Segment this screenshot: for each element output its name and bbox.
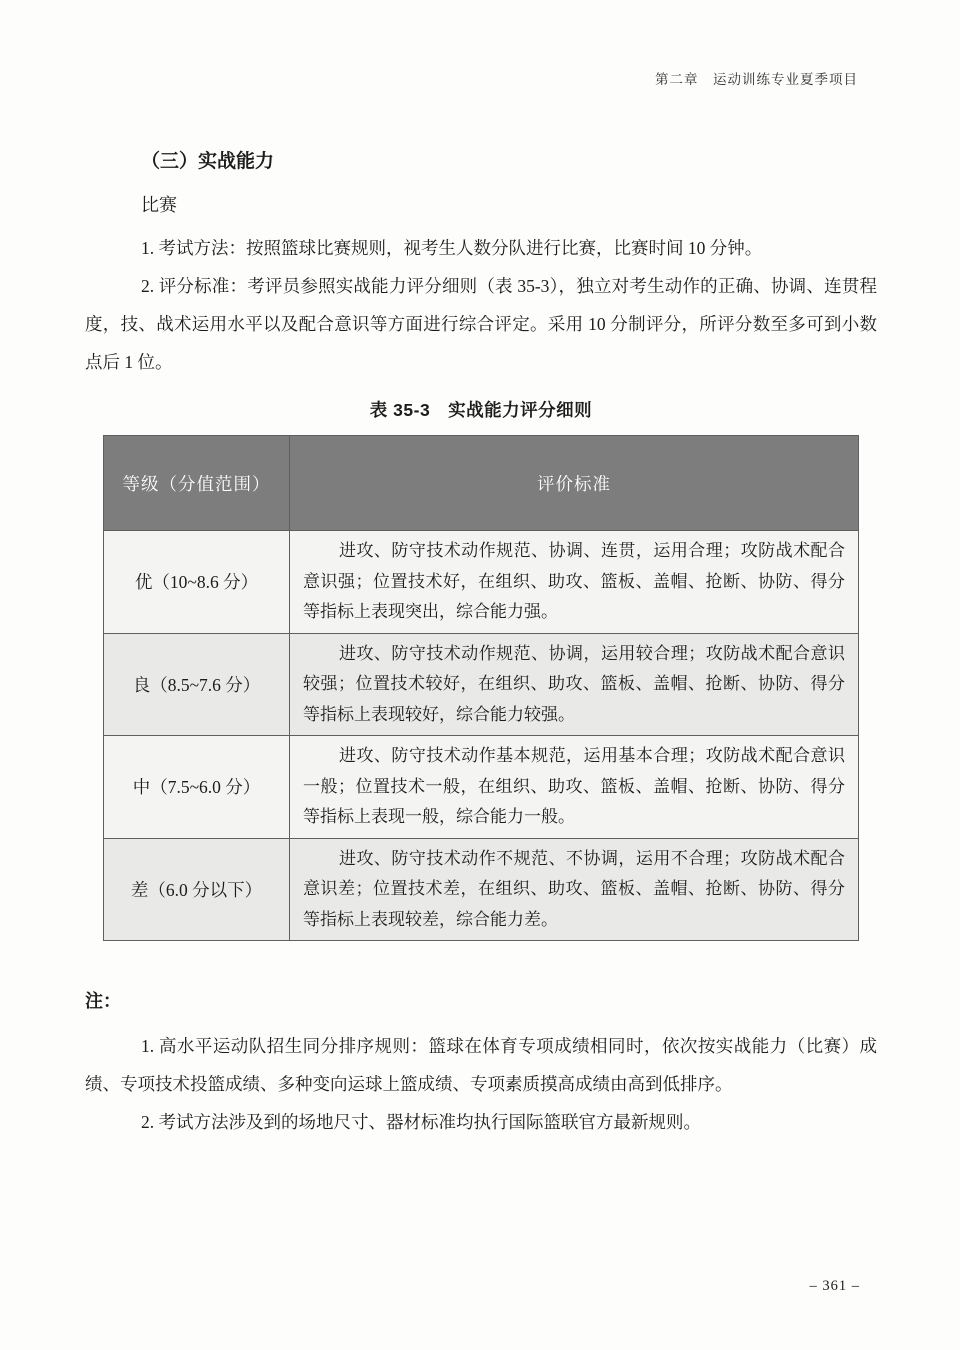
note-item-ranking-rule: 1. 高水平运动队招生同分排序规则：篮球在体育专项成绩相同时，依次按实战能力（比… (85, 1027, 877, 1103)
rating-table: 等级（分值范围） 评价标准 优（10~8.6 分） 进攻、防守技术动作规范、协调… (103, 435, 859, 941)
table-header-row: 等级（分值范围） 评价标准 (104, 436, 859, 531)
grade-cell: 优（10~8.6 分） (104, 531, 290, 634)
notes-label: 注： (85, 987, 877, 1013)
criteria-cell: 进攻、防守技术动作规范、协调，运用较合理；攻防战术配合意识较强；位置技术较好，在… (290, 633, 859, 736)
paragraph-scoring-standard: 2. 评分标准：考评员参照实战能力评分细则（表 35-3），独立对考生动作的正确… (85, 267, 877, 381)
document-page: 第二章 运动训练专业夏季项目 （三）实战能力 比赛 1. 考试方法：按照篮球比赛… (0, 0, 960, 1350)
section-heading: （三）实战能力 (141, 146, 877, 173)
criteria-cell: 进攻、防守技术动作不规范、不协调，运用不合理；攻防战术配合意识差；位置技术差，在… (290, 838, 859, 941)
subheading-competition: 比赛 (141, 191, 877, 217)
criteria-cell: 进攻、防守技术动作基本规范，运用基本合理；攻防战术配合意识一般；位置技术一般，在… (290, 736, 859, 839)
column-header-grade: 等级（分值范围） (104, 436, 290, 531)
grade-cell: 良（8.5~7.6 分） (104, 633, 290, 736)
criteria-text: 进攻、防守技术动作规范、协调，运用较合理；攻防战术配合意识较强；位置技术较好，在… (303, 639, 845, 731)
rating-table-head: 等级（分值范围） 评价标准 (104, 436, 859, 531)
chapter-running-header: 第二章 运动训练专业夏季项目 (655, 68, 858, 88)
page-number: – 361 – (810, 1278, 861, 1295)
note-item-equipment-rule: 2. 考试方法涉及到的场地尺寸、器材标准均执行国际篮联官方最新规则。 (85, 1103, 877, 1141)
table-row-medium: 中（7.5~6.0 分） 进攻、防守技术动作基本规范，运用基本合理；攻防战术配合… (104, 736, 859, 839)
paragraph-exam-method: 1. 考试方法：按照篮球比赛规则，视考生人数分队进行比赛，比赛时间 10 分钟。 (85, 229, 877, 267)
grade-cell: 差（6.0 分以下） (104, 838, 290, 941)
rating-table-body: 优（10~8.6 分） 进攻、防守技术动作规范、协调、连贯，运用合理；攻防战术配… (104, 531, 859, 941)
page-content: （三）实战能力 比赛 1. 考试方法：按照篮球比赛规则，视考生人数分队进行比赛，… (85, 146, 877, 1141)
table-row-excellent: 优（10~8.6 分） 进攻、防守技术动作规范、协调、连贯，运用合理；攻防战术配… (104, 531, 859, 634)
table-row-good: 良（8.5~7.6 分） 进攻、防守技术动作规范、协调，运用较合理；攻防战术配合… (104, 633, 859, 736)
table-title: 表 35-3 实战能力评分细则 (85, 397, 877, 422)
criteria-text: 进攻、防守技术动作基本规范，运用基本合理；攻防战术配合意识一般；位置技术一般，在… (303, 741, 845, 833)
criteria-cell: 进攻、防守技术动作规范、协调、连贯，运用合理；攻防战术配合意识强；位置技术好，在… (290, 531, 859, 634)
table-row-poor: 差（6.0 分以下） 进攻、防守技术动作不规范、不协调，运用不合理；攻防战术配合… (104, 838, 859, 941)
criteria-text: 进攻、防守技术动作不规范、不协调，运用不合理；攻防战术配合意识差；位置技术差，在… (303, 844, 845, 936)
criteria-text: 进攻、防守技术动作规范、协调、连贯，运用合理；攻防战术配合意识强；位置技术好，在… (303, 536, 845, 628)
grade-cell: 中（7.5~6.0 分） (104, 736, 290, 839)
notes-section: 注： 1. 高水平运动队招生同分排序规则：篮球在体育专项成绩相同时，依次按实战能… (85, 987, 877, 1141)
column-header-criteria: 评价标准 (290, 436, 859, 531)
